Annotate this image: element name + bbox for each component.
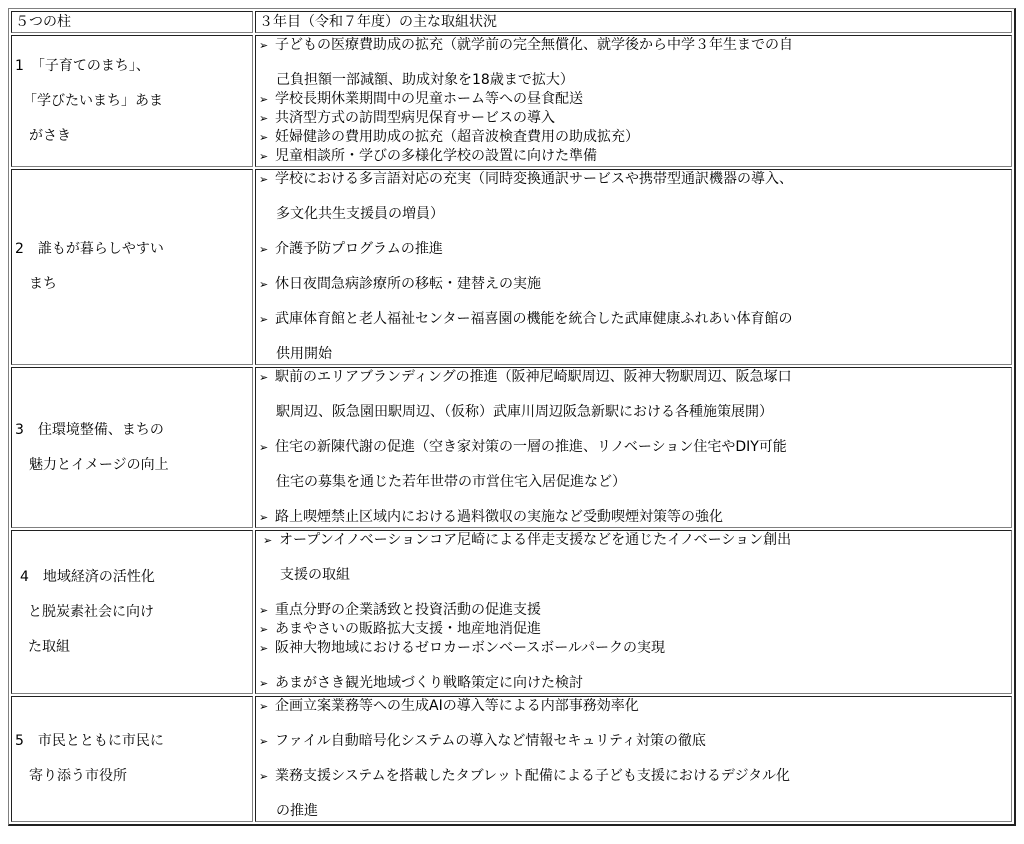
bullet-arrow-icon: ➢ bbox=[259, 310, 275, 329]
bullet-arrow-icon: ➢ bbox=[259, 128, 275, 147]
list-item: ➢路上喫煙禁止区域内における過料徴収の実施など受動喫煙対策等の強化 bbox=[259, 508, 1008, 527]
pillar-line: 魅力とイメージの向上 bbox=[15, 448, 249, 483]
bullet-arrow-icon: ➢ bbox=[263, 531, 279, 550]
pillar-line: 1 「子育てのまち」、 bbox=[15, 49, 249, 84]
items-cell: ➢企画立案業務等への生成AIの導入等による内部事務効率化 ➢ファイル自動暗号化シ… bbox=[255, 696, 1012, 822]
list-item: ➢オープンイノベーションコア尼崎による伴走支援などを通じたイノベーション創出 支… bbox=[263, 531, 1008, 585]
bullet-arrow-icon: ➢ bbox=[259, 732, 275, 751]
table-row: 3 住環境整備、まちの 魅力とイメージの向上 ➢駅前のエリアブランディングの推進… bbox=[11, 367, 1012, 528]
pillar-line: と脱炭素社会に向け bbox=[20, 595, 249, 630]
list-item: ➢阪神大物地域におけるゼロカーボンベースボールパークの実現 bbox=[259, 639, 1008, 658]
bullet-arrow-icon: ➢ bbox=[259, 767, 275, 786]
pillar-line: 3 住環境整備、まちの bbox=[15, 413, 249, 448]
pillar-cell: 3 住環境整備、まちの 魅力とイメージの向上 bbox=[11, 367, 253, 528]
pillar-cell: 4 地域経済の活性化 と脱炭素社会に向け た取組 bbox=[11, 530, 253, 694]
pillar-cell: 1 「子育てのまち」、 「学びたいまち」あま がさき bbox=[11, 35, 253, 167]
pillar-line: がさき bbox=[15, 119, 249, 154]
bullet-arrow-icon: ➢ bbox=[259, 620, 275, 639]
pillars-table: ５つの柱 ３年目（令和７年度）の主な取組状況 1 「子育てのまち」、 「学びたい… bbox=[8, 8, 1016, 826]
items-cell: ➢オープンイノベーションコア尼崎による伴走支援などを通じたイノベーション創出 支… bbox=[255, 530, 1012, 694]
bullet-arrow-icon: ➢ bbox=[259, 639, 275, 658]
header-status: ３年目（令和７年度）の主な取組状況 bbox=[255, 11, 1012, 33]
list-item: ➢業務支援システムを搭載したタブレット配備による子ども支援におけるデジタル化 の… bbox=[259, 767, 1008, 821]
bullet-arrow-icon: ➢ bbox=[259, 147, 275, 166]
list-item: ➢武庫体育館と老人福祉センター福喜園の機能を統合した武庫健康ふれあい体育館の 供… bbox=[259, 310, 1008, 364]
list-item: ➢あまやさいの販路拡大支援・地産地消促進 bbox=[259, 620, 1008, 639]
document: ５つの柱 ３年目（令和７年度）の主な取組状況 1 「子育てのまち」、 「学びたい… bbox=[8, 8, 1016, 826]
bullet-arrow-icon: ➢ bbox=[259, 109, 275, 128]
bullet-arrow-icon: ➢ bbox=[259, 601, 275, 620]
pillar-line: まち bbox=[15, 267, 249, 302]
table-row: 1 「子育てのまち」、 「学びたいまち」あま がさき ➢子どもの医療費助成の拡充… bbox=[11, 35, 1012, 167]
bullet-arrow-icon: ➢ bbox=[259, 36, 275, 55]
bullet-arrow-icon: ➢ bbox=[259, 697, 275, 716]
list-item: ➢共済型方式の訪問型病児保育サービスの導入 bbox=[259, 109, 1008, 128]
pillar-line: 2 誰もが暮らしやすい bbox=[15, 232, 249, 267]
list-item: ➢妊婦健診の費用助成の拡充（超音波検査費用の助成拡充） bbox=[259, 128, 1008, 147]
pillar-line: た取組 bbox=[20, 630, 249, 665]
list-item: ➢子どもの医療費助成の拡充（就学前の完全無償化、就学後から中学３年生までの自 己… bbox=[259, 36, 1008, 90]
items-cell: ➢子どもの医療費助成の拡充（就学前の完全無償化、就学後から中学３年生までの自 己… bbox=[255, 35, 1012, 167]
pillar-line: 寄り添う市役所 bbox=[15, 759, 249, 794]
pillar-line: 「学びたいまち」あま bbox=[15, 84, 249, 119]
items-cell: ➢駅前のエリアブランディングの推進（阪神尼崎駅周辺、阪神大物駅周辺、阪急塚口 駅… bbox=[255, 367, 1012, 528]
pillar-line: 5 市民とともに市民に bbox=[15, 724, 249, 759]
table-row: 4 地域経済の活性化 と脱炭素社会に向け た取組 ➢オープンイノベーションコア尼… bbox=[11, 530, 1012, 694]
list-item: ➢学校における多言語対応の充実（同時変換通訳サービスや携帯型通訳機器の導入、 多… bbox=[259, 170, 1008, 224]
pillar-cell: 5 市民とともに市民に 寄り添う市役所 bbox=[11, 696, 253, 822]
bullet-arrow-icon: ➢ bbox=[259, 170, 275, 189]
table-row: 5 市民とともに市民に 寄り添う市役所 ➢企画立案業務等への生成AIの導入等によ… bbox=[11, 696, 1012, 822]
bullet-arrow-icon: ➢ bbox=[259, 438, 275, 457]
items-cell: ➢学校における多言語対応の充実（同時変換通訳サービスや携帯型通訳機器の導入、 多… bbox=[255, 169, 1012, 365]
pillar-line: 4 地域経済の活性化 bbox=[20, 560, 249, 595]
header-pillars: ５つの柱 bbox=[11, 11, 253, 33]
bullet-arrow-icon: ➢ bbox=[259, 368, 275, 387]
bullet-arrow-icon: ➢ bbox=[259, 90, 275, 109]
list-item: ➢重点分野の企業誘致と投資活動の促進支援 bbox=[259, 601, 1008, 620]
list-item: ➢学校長期休業期間中の児童ホーム等への昼食配送 bbox=[259, 90, 1008, 109]
pillar-cell: 2 誰もが暮らしやすい まち bbox=[11, 169, 253, 365]
list-item: ➢児童相談所・学びの多様化学校の設置に向けた準備 bbox=[259, 147, 1008, 166]
bullet-arrow-icon: ➢ bbox=[259, 275, 275, 294]
bullet-arrow-icon: ➢ bbox=[259, 674, 275, 693]
list-item: ➢ファイル自動暗号化システムの導入など情報セキュリティ対策の徹底 bbox=[259, 732, 1008, 751]
list-item: ➢住宅の新陳代謝の促進（空き家対策の一層の推進、リノベーション住宅やDIY可能 … bbox=[259, 438, 1008, 492]
list-item: ➢介護予防プログラムの推進 bbox=[259, 240, 1008, 259]
bullet-arrow-icon: ➢ bbox=[259, 240, 275, 259]
list-item: ➢休日夜間急病診療所の移転・建替えの実施 bbox=[259, 275, 1008, 294]
list-item: ➢あまがさき観光地域づくり戦略策定に向けた検討 bbox=[259, 674, 1008, 693]
table-header-row: ５つの柱 ３年目（令和７年度）の主な取組状況 bbox=[11, 11, 1012, 33]
bullet-arrow-icon: ➢ bbox=[259, 508, 275, 527]
list-item: ➢駅前のエリアブランディングの推進（阪神尼崎駅周辺、阪神大物駅周辺、阪急塚口 駅… bbox=[259, 368, 1008, 422]
table-row: 2 誰もが暮らしやすい まち ➢学校における多言語対応の充実（同時変換通訳サービ… bbox=[11, 169, 1012, 365]
list-item: ➢企画立案業務等への生成AIの導入等による内部事務効率化 bbox=[259, 697, 1008, 716]
